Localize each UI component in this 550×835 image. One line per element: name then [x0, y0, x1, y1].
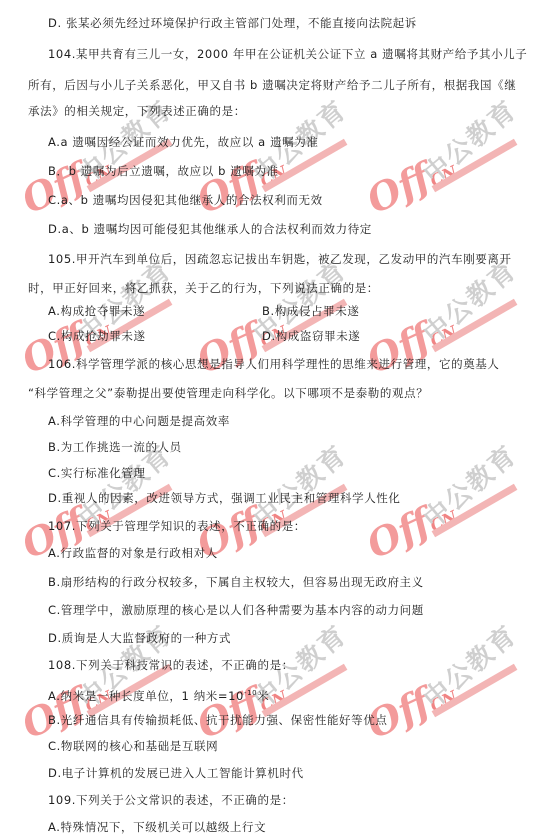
line-text: 104.某甲共育有三儿一女，2000 年甲在公证机关公证下立 a 遗嘱将其财产给…	[48, 47, 527, 61]
line-text: 所有，后因与小儿子关系恶化，甲又自书 b 遗嘱决定将财产给予二儿子所有，根据我国…	[28, 78, 516, 92]
line-text: 105.甲开汽车到单位后，因疏忽忘记拔出车钥匙，被乙发现，乙发动甲的汽车刚要离开	[48, 252, 512, 266]
line-text: “科学管理之父”泰勒提出要使管理走向科学化。以下哪项不是泰勒的观点？	[28, 386, 428, 400]
line-text: A.科学管理的中心问题是提高效率	[48, 414, 230, 428]
line-text: D.电子计算机的发展已进入人工智能计算机时代	[48, 766, 304, 780]
line-text: 107.下列关于管理学知识的表述，不正确的是：	[48, 519, 306, 533]
text-line: D. 张某必须先经过环境保护行政主管部门处理，不能直接向法院起诉	[48, 16, 417, 30]
text-line: C.物联网的核心和基础是互联网	[48, 739, 218, 753]
line-text: D.质询是人大监督政府的一种方式	[48, 631, 231, 645]
line-text: B．b 遗嘱为后立遗嘱，故应以 b 遗嘱为准	[48, 164, 279, 178]
line-text: D.a、b 遗嘱均因可能侵犯其他继承人的合法权利而效力待定	[48, 222, 372, 236]
text-line: 106.科学管理学派的核心思想是指导人们用科学理性的思维来进行管理，它的奠基人	[48, 357, 500, 371]
text-line: 时，甲正好回来，将乙抓获，关于乙的行为，下列说法正确的是：	[28, 281, 379, 295]
text-line: A.行政监督的对象是行政相对人	[48, 546, 218, 560]
line-text: C.构成抢劫罪未遂	[48, 329, 146, 343]
text-line: 105.甲开汽车到单位后，因疏忽忘记拔出车钥匙，被乙发现，乙发动甲的汽车刚要离开	[48, 252, 512, 266]
watermark-logo-icon: OffCN	[190, 143, 292, 223]
text-line: 所有，后因与小儿子关系恶化，甲又自书 b 遗嘱决定将财产给予二儿子所有，根据我国…	[28, 78, 516, 92]
text-line: A.特殊情况下，下级机关可以越级上行文	[48, 820, 266, 834]
text-line: B.构成侵占罪未遂	[262, 304, 359, 318]
text-line: A.a 遗嘱因经公证而效力优先，故应以 a 遗嘱为准	[48, 135, 318, 149]
text-line: C.管理学中，激励原理的核心是以人们各种需要为基本内容的动力问题	[48, 603, 424, 617]
line-text: A.特殊情况下，下级机关可以越级上行文	[48, 820, 266, 834]
text-line: B.光纤通信具有传输损耗低、抗干扰能力强、保密性能好等优点	[48, 713, 387, 727]
text-line: D.质询是人大监督政府的一种方式	[48, 631, 231, 645]
line-text: B.光纤通信具有传输损耗低、抗干扰能力强、保密性能好等优点	[48, 713, 387, 727]
line-text: A.a 遗嘱因经公证而效力优先，故应以 a 遗嘱为准	[48, 135, 318, 149]
watermark-text: 中公教育	[414, 615, 524, 715]
watermark-logo-icon: OffCN	[360, 143, 462, 223]
text-line: C.实行标准化管理	[48, 466, 146, 480]
text-line: 109.下列关于公文常识的表述，不正确的是：	[48, 793, 294, 807]
line-text: C.物联网的核心和基础是互联网	[48, 739, 218, 753]
watermark-banner	[432, 299, 518, 353]
document-page: OffCN中公教育OffCN中公教育OffCN中公教育OffCN中公教育OffC…	[0, 0, 550, 835]
text-line: 108.下列关于科技常识的表述，不正确的是：	[48, 658, 294, 672]
exponent: -10	[244, 689, 257, 697]
text-line: 104.某甲共育有三儿一女，2000 年甲在公证机关公证下立 a 遗嘱将其财产给…	[48, 47, 527, 61]
text-line: A.科学管理的中心问题是提高效率	[48, 414, 230, 428]
text-line: B.为工作挑选一流的人员	[48, 440, 182, 454]
watermark-text: 中公教育	[414, 435, 524, 535]
line-text: A.纳米是一种长度单位，1 纳米=10	[48, 689, 244, 703]
line-text: 时，甲正好回来，将乙抓获，关于乙的行为，下列说法正确的是：	[28, 281, 379, 295]
text-line: 107.下列关于管理学知识的表述，不正确的是：	[48, 519, 306, 533]
text-line: 承法》的相关规定，下列表述正确的是：	[28, 104, 246, 118]
line-text: A.行政监督的对象是行政相对人	[48, 546, 218, 560]
line-text: 承法》的相关规定，下列表述正确的是：	[28, 104, 246, 118]
watermark-banner	[432, 139, 518, 193]
watermark-logo-icon: OffCN	[190, 668, 292, 748]
line-text: C.实行标准化管理	[48, 466, 146, 480]
text-line: A.构成抢夺罪未遂	[48, 304, 145, 318]
text-line: D.重视人的因素，改进领导方式，强调工业民主和管理科学人性化	[48, 491, 401, 505]
line-text: 108.下列关于科技常识的表述，不正确的是：	[48, 658, 294, 672]
text-line: D.电子计算机的发展已进入人工智能计算机时代	[48, 766, 304, 780]
watermark-logo-icon: OffCN	[15, 143, 117, 223]
text-line: “科学管理之父”泰勒提出要使管理走向科学化。以下哪项不是泰勒的观点？	[28, 386, 428, 400]
watermark-logo-icon: OffCN	[15, 668, 117, 748]
text-line: B．b 遗嘱为后立遗嘱，故应以 b 遗嘱为准	[48, 164, 279, 178]
watermark-banner	[432, 664, 518, 718]
text-line: C.构成抢劫罪未遂	[48, 329, 146, 343]
line-text: D.构成盗窃罪未遂	[262, 329, 360, 343]
line-text: 109.下列关于公文常识的表述，不正确的是：	[48, 793, 294, 807]
line-text: 106.科学管理学派的核心思想是指导人们用科学理性的思维来进行管理，它的奠基人	[48, 357, 500, 371]
line-text: B.构成侵占罪未遂	[262, 304, 359, 318]
watermark-text: 中公教育	[414, 90, 524, 190]
text-line: A.纳米是一种长度单位，1 纳米=10-10米	[48, 686, 269, 703]
line-text: C.管理学中，激励原理的核心是以人们各种需要为基本内容的动力问题	[48, 603, 424, 617]
text-line: B.扇形结构的行政分权较多，下属自主权较大，但容易出现无政府主义	[48, 575, 424, 589]
line-text: D.重视人的因素，改进领导方式，强调工业民主和管理科学人性化	[48, 491, 401, 505]
watermark-banner	[432, 484, 518, 538]
line-text: D. 张某必须先经过环境保护行政主管部门处理，不能直接向法院起诉	[48, 16, 417, 30]
text-line: D.构成盗窃罪未遂	[262, 329, 360, 343]
line-text: B.扇形结构的行政分权较多，下属自主权较大，但容易出现无政府主义	[48, 575, 424, 589]
line-text: B.为工作挑选一流的人员	[48, 440, 182, 454]
watermark-logo-icon: OffCN	[360, 668, 462, 748]
text-line: D.a、b 遗嘱均因可能侵犯其他继承人的合法权利而效力待定	[48, 222, 372, 236]
line-text: A.构成抢夺罪未遂	[48, 304, 145, 318]
unit-text: 米	[257, 689, 269, 703]
line-text: C.a、b 遗嘱均因侵犯其他继承人的合法权利而无效	[48, 193, 323, 207]
text-line: C.a、b 遗嘱均因侵犯其他继承人的合法权利而无效	[48, 193, 323, 207]
